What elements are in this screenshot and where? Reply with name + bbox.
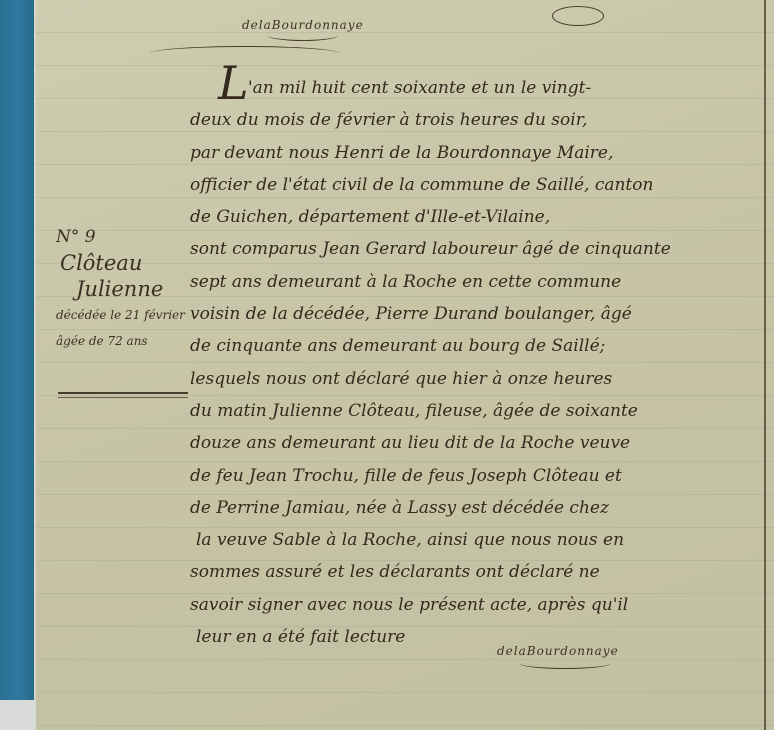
blue-binding-strip <box>0 0 36 700</box>
text-line: de cinquante ans demeurant au bourg de S… <box>190 330 764 362</box>
death-date-note: décédée le 21 février <box>56 302 188 328</box>
margin-divider <box>58 392 188 398</box>
age-note: âgée de 72 ans <box>56 328 188 354</box>
flourish-loop <box>552 6 604 26</box>
deceased-surname: Clôteau <box>56 250 188 276</box>
text-line: de feu Jean Trochu, fille de feus Joseph… <box>190 460 764 492</box>
text-line: la veuve Sable à la Roche, ainsi que nou… <box>190 524 764 556</box>
text-line: savoir signer avec nous le présent acte,… <box>190 589 764 621</box>
right-margin-rule <box>764 0 766 730</box>
text-line: 'an mil huit cent soixante et un le ving… <box>190 72 764 104</box>
text-line: leur en a été fait lecture <box>190 621 764 653</box>
text-line: deux du mois de février à trois heures d… <box>190 104 764 136</box>
text-line: par devant nous Henri de la Bourdonnaye … <box>190 137 764 169</box>
text-line: douze ans demeurant au lieu dit de la Ro… <box>190 427 764 459</box>
signature-top-flourish <box>268 30 338 41</box>
text-line: sommes assuré et les déclarants ont décl… <box>190 556 764 588</box>
text-line: voisin de la décédée, Pierre Durand boul… <box>190 298 764 330</box>
signature-bottom-flourish <box>520 658 610 669</box>
text-line: lesquels nous ont déclaré que hier à onz… <box>190 363 764 395</box>
signature-bottom: delaBourdonnaye <box>497 644 619 658</box>
text-line: sept ans demeurant à la Roche en cette c… <box>190 266 764 298</box>
text-line: officier de l'état civil de la commune d… <box>190 169 764 201</box>
record-number: N° 9 <box>56 224 188 250</box>
text-line: du matin Julienne Clôteau, fileuse, âgée… <box>190 395 764 427</box>
record-body: 'an mil huit cent soixante et un le ving… <box>190 72 764 653</box>
text-line: de Guichen, département d'Ille-et-Vilain… <box>190 201 764 233</box>
margin-annotation: N° 9 Clôteau Julienne décédée le 21 févr… <box>56 224 188 354</box>
text-line: de Perrine Jamiau, née à Lassy est décéd… <box>190 492 764 524</box>
deceased-first-name: Julienne <box>56 276 188 302</box>
text-line: sont comparus Jean Gerard laboureur âgé … <box>190 233 764 265</box>
